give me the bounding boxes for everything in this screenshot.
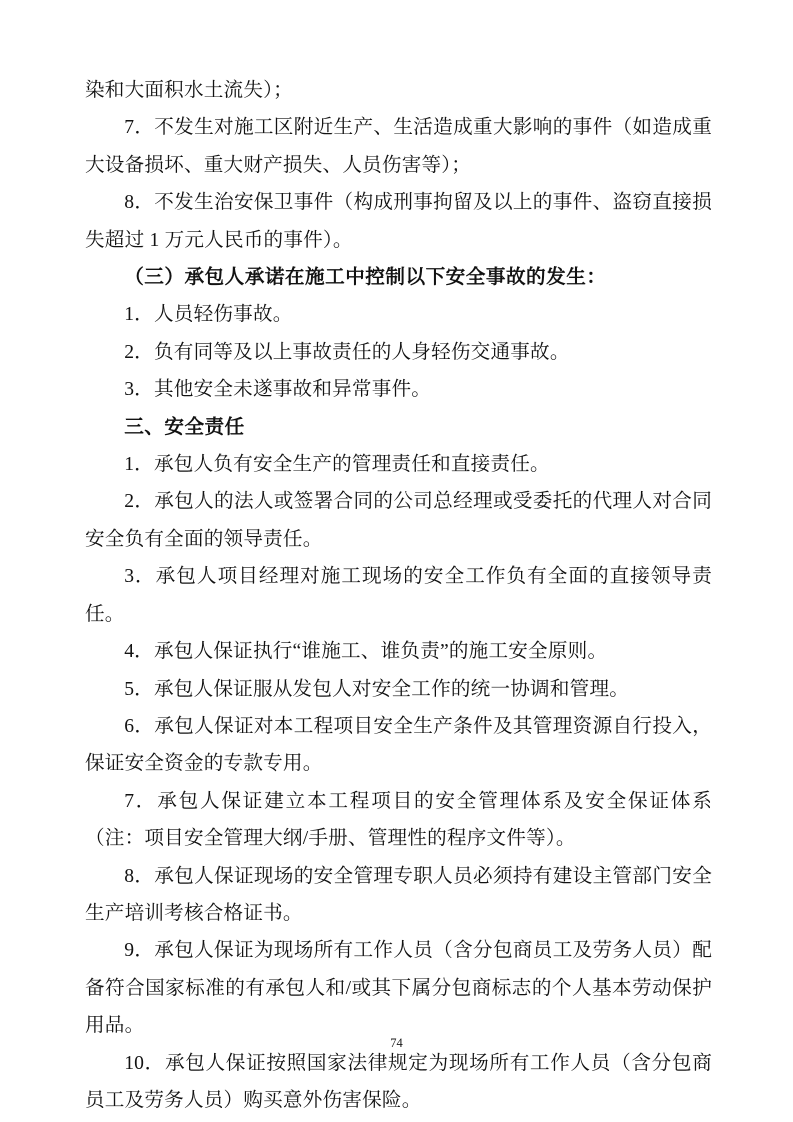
body-paragraph: 2．承包人的法人或签署合同的公司总经理或受委托的代理人对合同安全负有全面的领导责… (85, 483, 712, 558)
body-paragraph: 4．承包人保证执行“谁施工、谁负责”的施工安全原则。 (85, 633, 712, 670)
body-paragraph: 2．负有同等及以上事故责任的人身轻伤交通事故。 (85, 334, 712, 371)
body-paragraph: 5．承包人保证服从发包人对安全工作的统一协调和管理。 (85, 671, 712, 708)
document-body: 染和大面积水土流失）；7．不发生对施工区附近生产、生活造成重大影响的事件（如造成… (85, 72, 712, 1119)
body-paragraph: 1．承包人负有安全生产的管理责任和直接责任。 (85, 446, 712, 483)
body-paragraph: 7．承包人保证建立本工程项目的安全管理体系及安全保证体系（注：项目安全管理大纲/… (85, 783, 712, 858)
body-paragraph: 1．人员轻伤事故。 (85, 296, 712, 333)
section-heading: 三、安全责任 (85, 409, 712, 446)
body-paragraph: 7．不发生对施工区附近生产、生活造成重大影响的事件（如造成重大设备损坏、重大财产… (85, 109, 712, 184)
section-heading: （三）承包人承诺在施工中控制以下安全事故的发生： (85, 259, 712, 296)
body-paragraph: 8．承包人保证现场的安全管理专职人员必须持有建设主管部门安全生产培训考核合格证书… (85, 858, 712, 933)
body-paragraph: 染和大面积水土流失）； (85, 72, 712, 109)
body-paragraph: 3．其他安全未遂事故和异常事件。 (85, 371, 712, 408)
page-number: 74 (390, 1036, 403, 1050)
body-paragraph: 3．承包人项目经理对施工现场的安全工作负有全面的直接领导责任。 (85, 558, 712, 633)
body-paragraph: 8．不发生治安保卫事件（构成刑事拘留及以上的事件、盗窃直接损失超过 1 万元人民… (85, 184, 712, 259)
page-footer: 74 (0, 1034, 793, 1052)
body-paragraph: 9．承包人保证为现场所有工作人员（含分包商员工及劳务人员）配备符合国家标准的有承… (85, 932, 712, 1044)
body-paragraph: 6．承包人保证对本工程项目安全生产条件及其管理资源自行投入，保证安全资金的专款专… (85, 708, 712, 783)
document-page: 染和大面积水土流失）；7．不发生对施工区附近生产、生活造成重大影响的事件（如造成… (0, 0, 793, 1122)
body-paragraph: 10．承包人保证按照国家法律规定为现场所有工作人员（含分包商员工及劳务人员）购买… (85, 1045, 712, 1120)
